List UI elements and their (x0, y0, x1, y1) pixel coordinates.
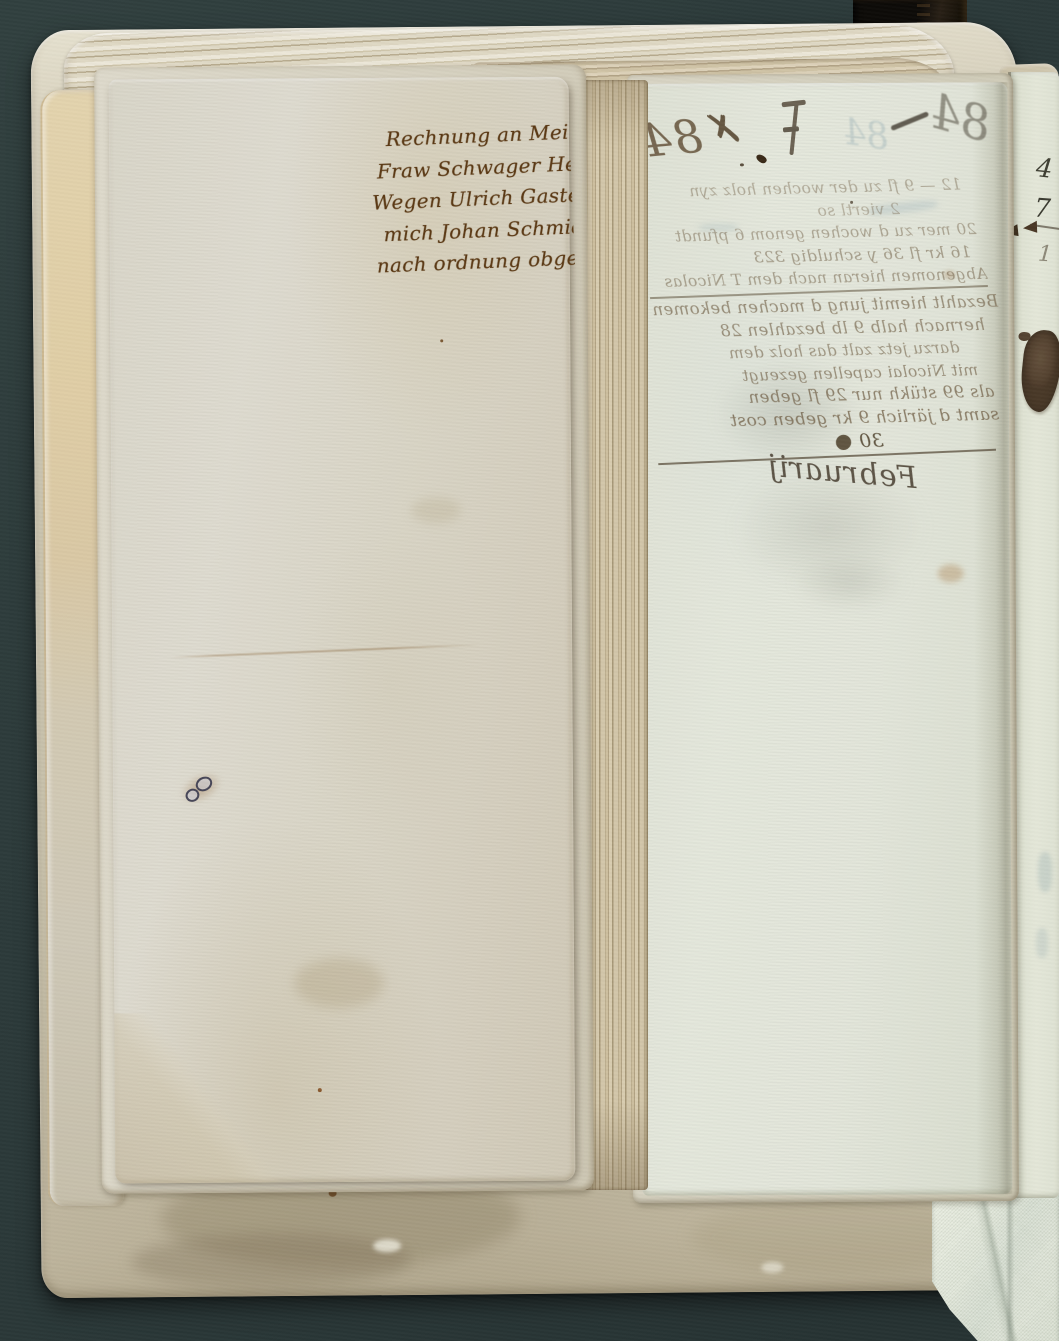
blue-bleed-mark (1036, 928, 1048, 958)
mirrored-bleedthrough-text: 12 — 9 fl zu der wochen holz zyn 2 viert… (643, 173, 1002, 462)
handwritten-title-block: Rechnung an Meine Fraw Schwager Herrn We… (369, 117, 575, 283)
blue-bleed-mark (1038, 852, 1052, 892)
ink-stroke (890, 111, 929, 131)
ink-blob (740, 163, 744, 166)
ink-blob: ● (834, 429, 852, 453)
figure-eight-ink-mark (181, 771, 221, 804)
ink-arrow-mark (1023, 221, 1037, 233)
rust-dot (440, 339, 443, 342)
rust-stain (938, 564, 964, 582)
ink-blob (755, 153, 768, 165)
mirrored-folio-number: ✗ 84 (638, 105, 747, 168)
right-page: ✗ 84 84 84 12 — 9 fl zu der wochen holz … (638, 82, 1013, 1196)
edge-number-top: 4 (1034, 153, 1054, 185)
ink-stroke (783, 126, 799, 132)
ink-blot (1018, 328, 1059, 414)
left-page: Rechnung an Meine Fraw Schwager Herrn We… (109, 77, 576, 1184)
stain (411, 497, 461, 523)
bleed-total-value: 30 (858, 430, 884, 453)
edge-number-partial: 1 (1037, 242, 1053, 268)
archival-photo-scene: 4 7 1 ✗ 84 84 84 (0, 0, 1059, 1341)
folio-flourish: ✗ (706, 105, 746, 154)
corner-fold-shading (114, 1012, 305, 1183)
handwriting-line: nach ordnung obgem (376, 242, 575, 282)
bleed-total-line: 30 ● (650, 429, 885, 458)
page-crease-line (170, 644, 480, 659)
binding-cloth (932, 1184, 1059, 1341)
stain (294, 958, 384, 1009)
stain (131, 1232, 411, 1289)
bleed-smudge (790, 553, 910, 614)
paper-fleck (761, 1262, 783, 1273)
rust-dot (318, 1088, 322, 1092)
tau-ink-mark (778, 100, 812, 164)
ghost-folio-number: 84 (840, 112, 891, 159)
